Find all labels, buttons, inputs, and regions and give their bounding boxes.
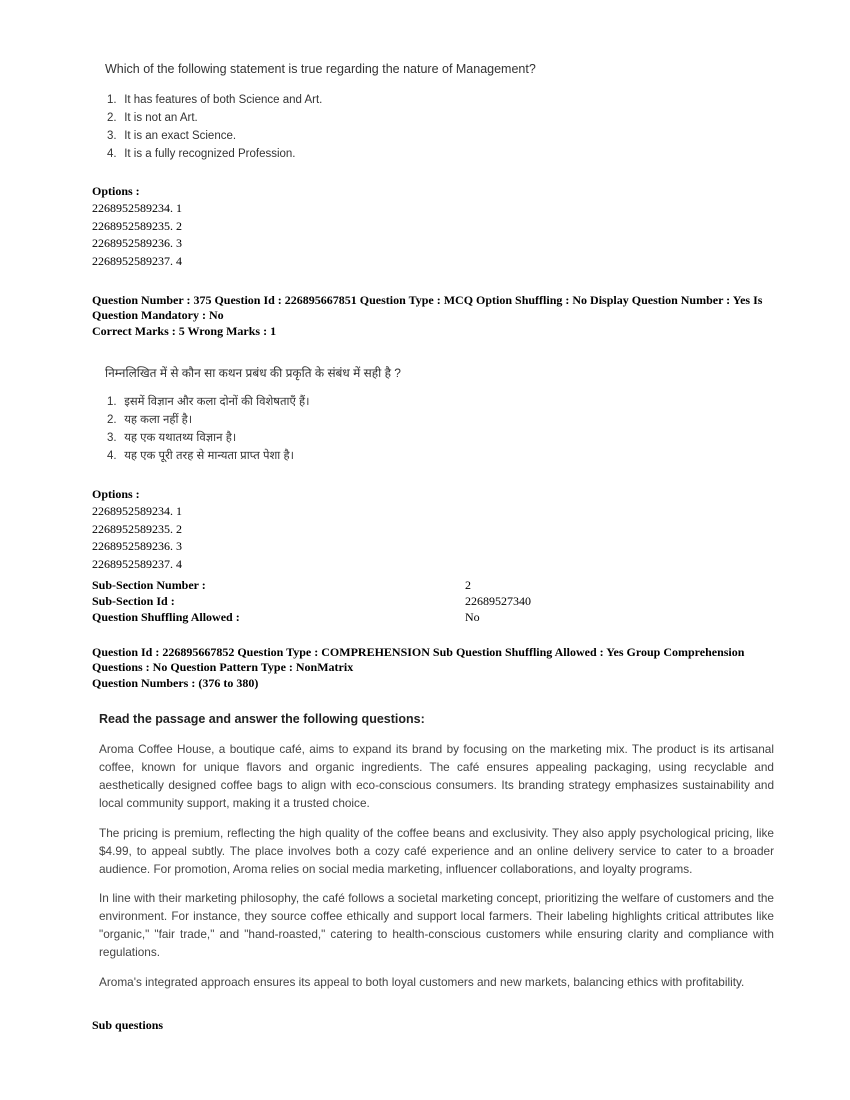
sub-section-id-row: Sub-Section Id : 22689527340 (92, 593, 792, 609)
sub-questions-label: Sub questions (92, 1018, 163, 1033)
statement-item: 2. It is not an Art. (107, 109, 322, 127)
question-shuffling-row: Question Shuffling Allowed : No (92, 609, 792, 625)
option-item: 2268952589236. 3 (92, 235, 182, 253)
sub-section-info: Sub-Section Number : 2 Sub-Section Id : … (92, 577, 792, 625)
option-item: 2268952589235. 2 (92, 218, 182, 236)
statement-item: 4. It is a fully recognized Profession. (107, 145, 322, 163)
statement-item: 3. It is an exact Science. (107, 127, 322, 145)
option-item: 2268952589234. 1 (92, 200, 182, 218)
options-label: Options : (92, 487, 182, 502)
statement-item: 4. यह एक पूरी तरह से मान्यता प्राप्त पेश… (107, 447, 310, 465)
statement-item: 1. It has features of both Science and A… (107, 91, 322, 109)
option-item: 2268952589236. 3 (92, 538, 182, 556)
statement-item: 2. यह कला नहीं है। (107, 411, 310, 429)
option-item: 2268952589234. 1 (92, 503, 182, 521)
comprehension-question-numbers: Question Numbers : (376 to 380) (92, 676, 772, 691)
passage-heading: Read the passage and answer the followin… (99, 712, 425, 726)
sub-section-number-row: Sub-Section Number : 2 (92, 577, 792, 593)
passage-paragraph: The pricing is premium, reflecting the h… (99, 824, 774, 878)
options-label: Options : (92, 184, 182, 199)
question-375-marks: Correct Marks : 5 Wrong Marks : 1 (92, 324, 772, 339)
comprehension-meta: Question Id : 226895667852 Question Type… (92, 645, 772, 675)
question-374-statements: 1. It has features of both Science and A… (107, 91, 322, 163)
option-item: 2268952589237. 4 (92, 253, 182, 271)
question-374-options: Options : 2268952589234. 1 2268952589235… (92, 184, 182, 270)
passage-paragraph: In line with their marketing philosophy,… (99, 889, 774, 961)
question-375-text: निम्नलिखित में से कौन सा कथन प्रबंध की प… (105, 364, 401, 381)
question-375-meta: Question Number : 375 Question Id : 2268… (92, 293, 772, 323)
option-item: 2268952589237. 4 (92, 556, 182, 574)
statement-item: 1. इसमें विज्ञान और कला दोनों की विशेषता… (107, 393, 310, 411)
option-item: 2268952589235. 2 (92, 521, 182, 539)
question-375-options: Options : 2268952589234. 1 2268952589235… (92, 487, 182, 573)
statement-item: 3. यह एक यथातथ्य विज्ञान है। (107, 429, 310, 447)
question-374-text: Which of the following statement is true… (105, 62, 536, 76)
passage-paragraph: Aroma Coffee House, a boutique café, aim… (99, 740, 774, 812)
question-375-statements: 1. इसमें विज्ञान और कला दोनों की विशेषता… (107, 393, 310, 465)
passage-paragraph: Aroma's integrated approach ensures its … (99, 973, 774, 991)
